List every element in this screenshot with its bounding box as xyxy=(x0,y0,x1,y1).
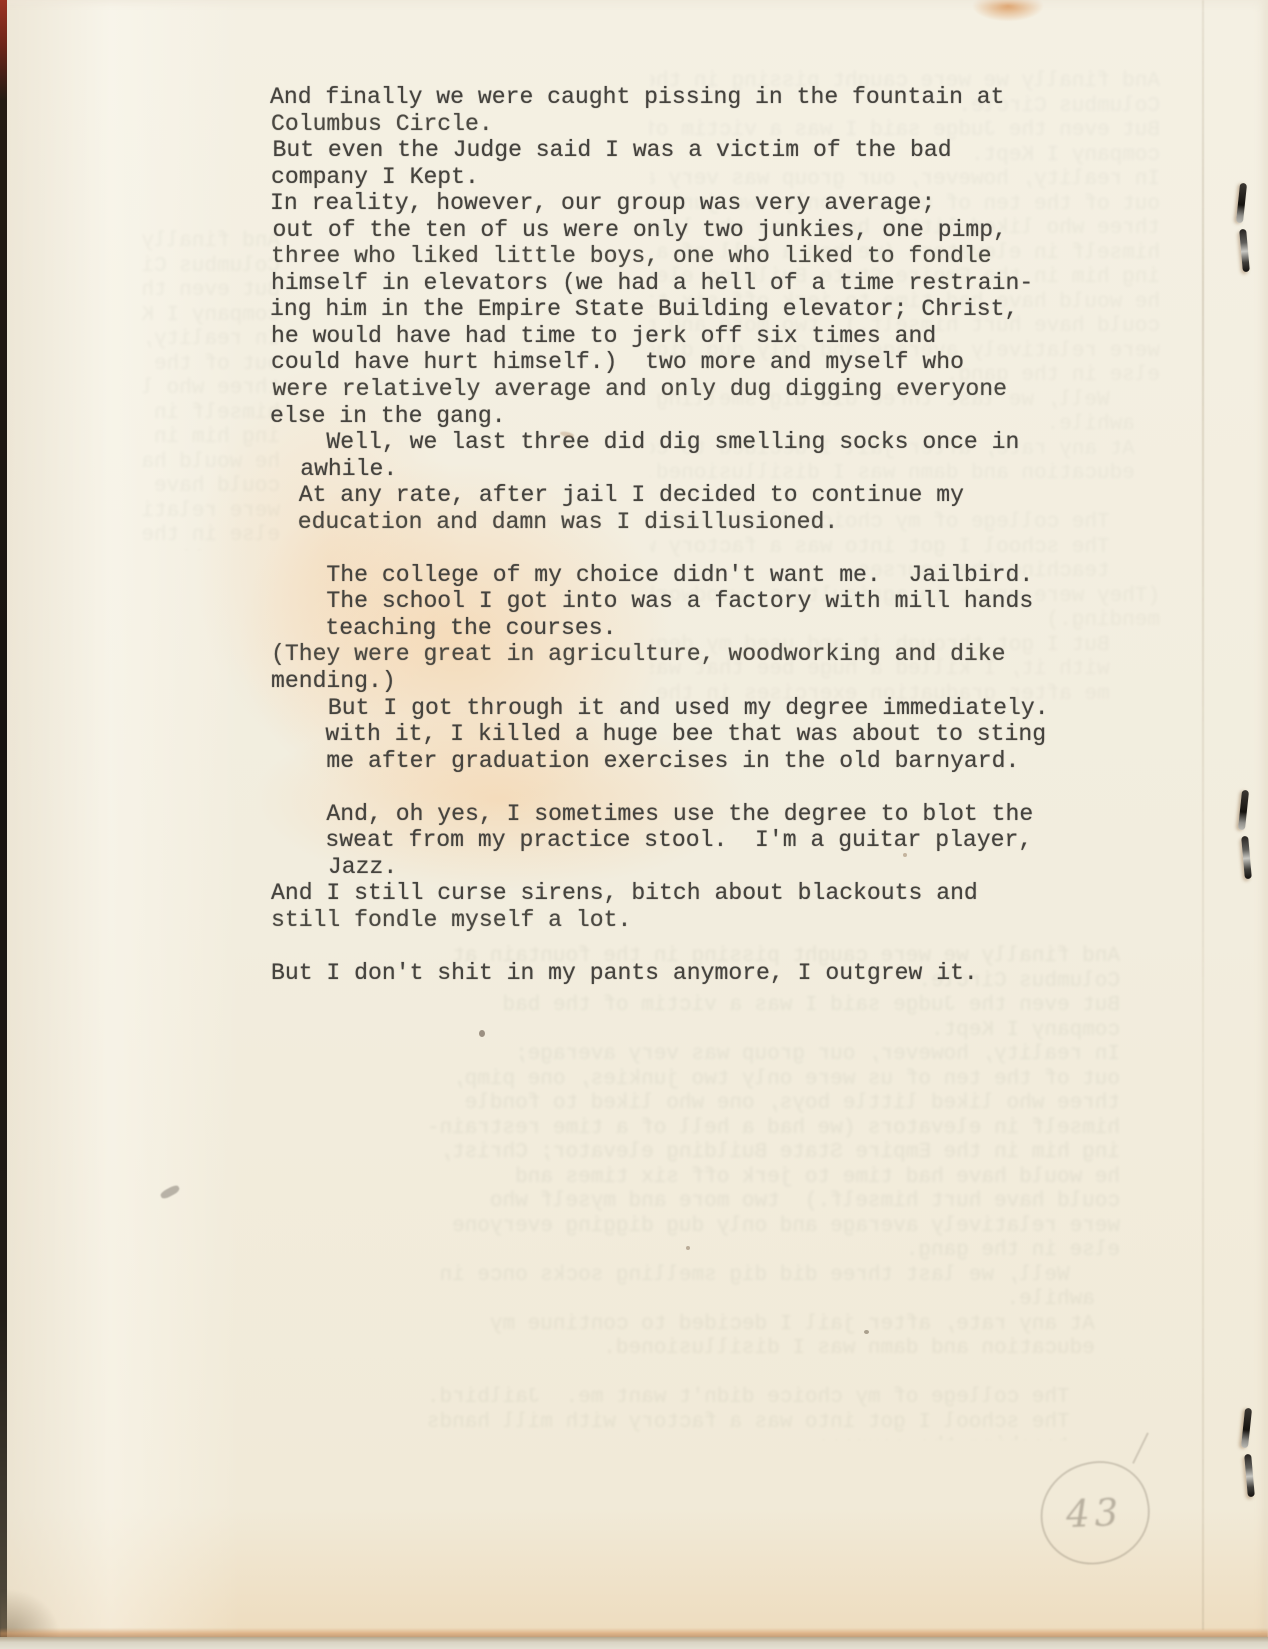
typed-line: The college of my choice didn't want me.… xyxy=(271,562,1047,589)
typed-line: three who liked little boys, one who lik… xyxy=(271,243,1047,270)
underlying-page-edge xyxy=(0,1637,1268,1649)
typed-line: (They were great in agriculture, woodwor… xyxy=(271,641,1047,668)
paper-speck xyxy=(479,1030,485,1037)
typed-line: But I got through it and used my degree … xyxy=(273,695,1049,722)
typed-line: else in the gang. xyxy=(270,403,1046,430)
typed-line: sweat from my practice stool. I'm a guit… xyxy=(270,827,1046,854)
typed-line: me after graduation exercises in the old… xyxy=(271,748,1047,775)
typed-line: teaching the courses. xyxy=(270,615,1046,642)
blank-line xyxy=(273,535,1049,562)
staple-icon xyxy=(1230,790,1258,880)
typed-line: could have hurt himself.) two more and m… xyxy=(271,349,1047,376)
typed-line: out of the ten of us were only two junki… xyxy=(273,217,1049,244)
bleed-through-text: And finally we were caught pissing in th… xyxy=(140,230,280,550)
typed-line: ing him in the Empire State Building ele… xyxy=(270,296,1046,323)
typed-line: he would have had time to jerk off six t… xyxy=(271,323,1047,350)
page-number-pencil-circle: 43 xyxy=(1031,1452,1160,1575)
typed-line: with it, I killed a huge bee that was ab… xyxy=(270,721,1046,748)
blank-line xyxy=(273,774,1049,801)
typed-line: And, oh yes, I sometimes use the degree … xyxy=(271,801,1047,828)
paper-smudge xyxy=(159,1184,180,1200)
typed-line: still fondle myself a lot. xyxy=(271,907,1047,934)
typed-line: Columbus Circle. xyxy=(271,111,1047,138)
paper-speck xyxy=(686,1246,690,1250)
typed-line: At any rate, after jail I decided to con… xyxy=(271,482,1047,509)
blank-line xyxy=(270,934,1046,961)
typed-line: himself in elevators (we had a hell of a… xyxy=(271,270,1047,297)
left-binding-edge xyxy=(0,0,7,1638)
typed-line: awhile. xyxy=(273,456,1049,483)
bleed-through-text: And finally we were caught pissing in th… xyxy=(320,945,1120,1440)
typed-line: But I don't shit in my pants anymore, I … xyxy=(271,960,1047,987)
typed-line: But even the Judge said I was a victim o… xyxy=(273,137,1049,164)
typed-line: And finally we were caught pissing in th… xyxy=(270,84,1046,111)
typed-line: In reality, however, our group was very … xyxy=(270,190,1046,217)
typed-line: Well, we last three did dig smelling soc… xyxy=(271,429,1047,456)
typed-line: Jazz. xyxy=(273,854,1049,881)
staple-icon xyxy=(1233,1408,1261,1498)
typed-line: mending.) xyxy=(271,668,1047,695)
paper-fold-line xyxy=(1202,0,1204,1630)
typed-line: And I still curse sirens, bitch about bl… xyxy=(271,880,1047,907)
typed-line: education and damn was I disillusioned. xyxy=(270,509,1046,536)
staple-icon xyxy=(1228,183,1256,273)
page-number: 43 xyxy=(1066,1491,1125,1536)
typed-line: company I Kept. xyxy=(271,164,1047,191)
paper-speck xyxy=(864,1330,869,1334)
typed-line: were relatively average and only dug dig… xyxy=(273,376,1049,403)
scanned-page: And finally we were caught pissing in th… xyxy=(0,0,1268,1638)
typed-text-block: And finally we were caught pissing in th… xyxy=(271,84,1047,987)
paper-speck xyxy=(903,853,907,857)
typed-line: The school I got into was a factory with… xyxy=(271,588,1047,615)
